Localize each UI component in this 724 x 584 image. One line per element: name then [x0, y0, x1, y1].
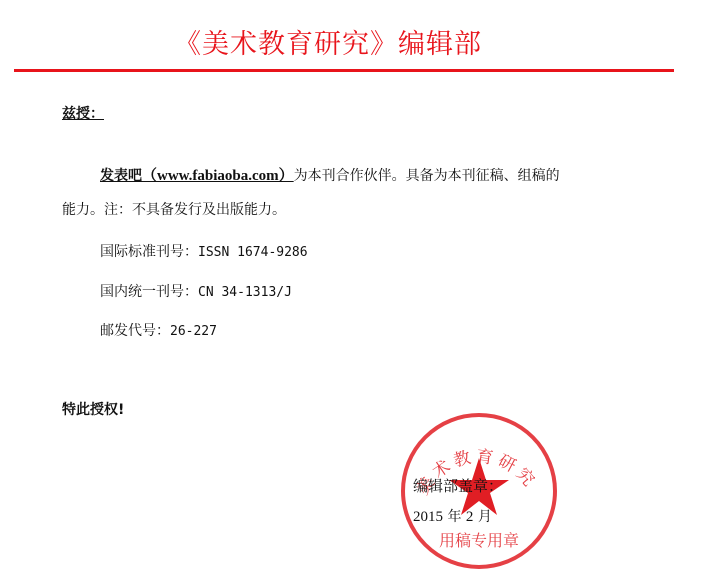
paragraph-line-2: 能力。注：不具备发行及出版能力。: [62, 199, 286, 219]
date-year: 2015: [413, 509, 443, 525]
paragraph-line-1-text: 为本刊合作伙伴。具备为本刊征稿、组稿的: [294, 168, 560, 184]
issn-row: 国际标准刊号：ISSN 1674-9286: [100, 241, 308, 261]
postal-code-value: 26-227: [170, 324, 217, 339]
partner-url: （www.fabiaoba.com）: [142, 168, 294, 184]
cn-row: 国内统一刊号：CN 34-1313/J: [100, 281, 292, 301]
stamp-bottom-text: 用稿专用章: [439, 531, 519, 550]
cn-label: 国内统一刊号：: [100, 284, 198, 300]
postal-code-row: 邮发代号：26-227: [100, 320, 217, 340]
issn-label: 国际标准刊号：: [100, 244, 198, 260]
cn-value: CN 34-1313/J: [198, 285, 292, 300]
issn-value: ISSN 1674-9286: [198, 245, 308, 260]
seal-date: 2015 年 2 月: [413, 506, 492, 526]
date-month-unit: 月: [473, 509, 491, 525]
page-title: 《美术教育研究》编辑部: [0, 22, 690, 61]
partner-name: 发表吧（www.fabiaoba.com）: [100, 168, 294, 184]
header-divider: [14, 69, 674, 72]
seal-label: 编辑部盖章：: [413, 475, 503, 496]
partner-name-text: 发表吧: [100, 168, 142, 184]
closing-statement: 特此授权!: [62, 399, 124, 419]
date-year-unit: 年: [443, 509, 466, 525]
paragraph-line-1: 发表吧（www.fabiaoba.com）为本刊合作伙伴。具备为本刊征稿、组稿的: [100, 164, 560, 185]
authorization-heading: 兹授：: [62, 103, 104, 123]
postal-code-label: 邮发代号：: [100, 323, 170, 339]
